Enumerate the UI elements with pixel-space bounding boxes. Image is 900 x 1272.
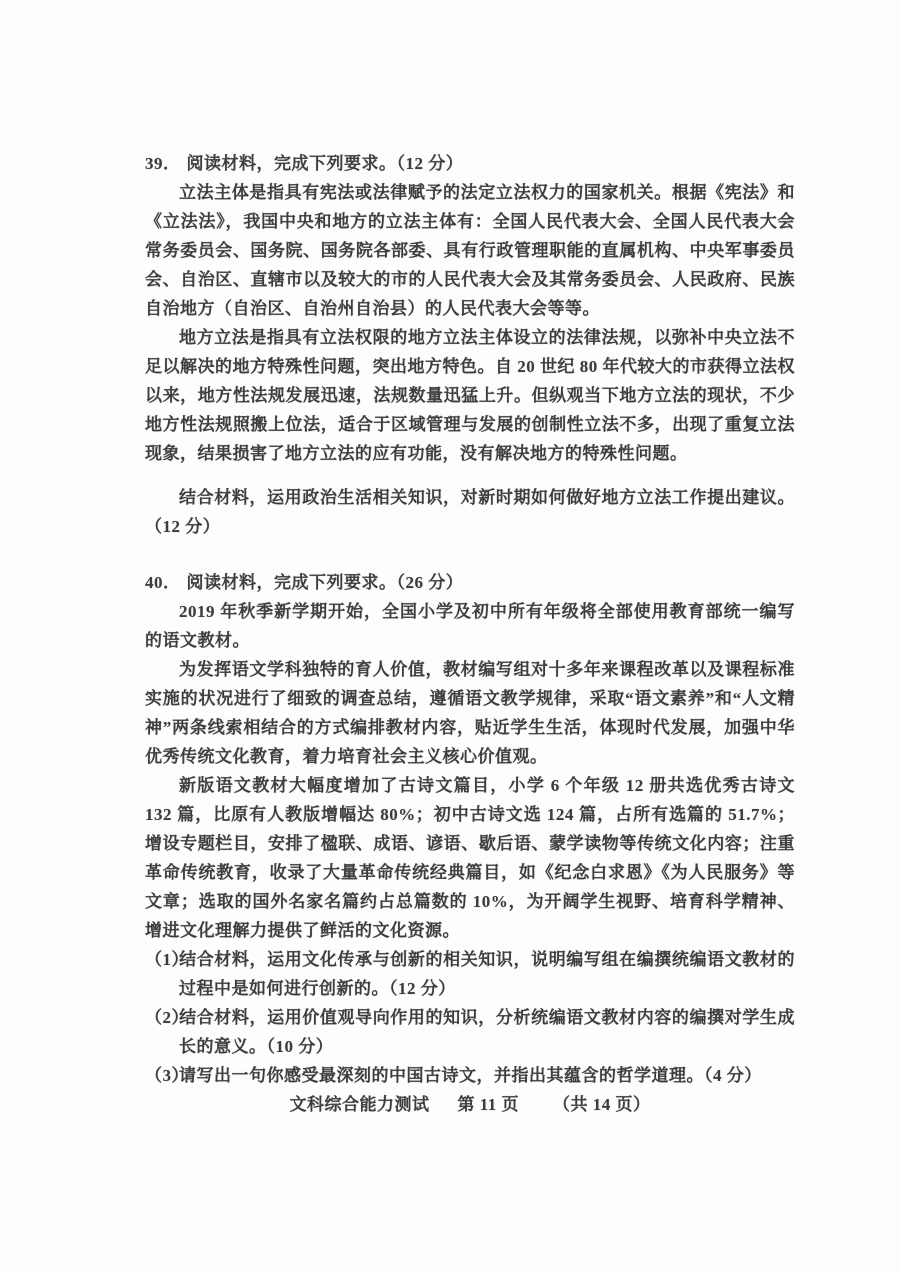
question-39-number: 39． [145,149,181,178]
exam-paper-page: 39．阅读材料，完成下列要求。（12 分） 立法主体是指具有宪法或法律赋予的法定… [0,0,900,1272]
question-39-section: 39．阅读材料，完成下列要求。（12 分） 立法主体是指具有宪法或法律赋予的法定… [145,149,795,541]
subquestion-1-label: （1） [145,945,173,974]
question-39-title: 阅读材料，完成下列要求。（12 分） [187,154,464,173]
question-40-section: 40．阅读材料，完成下列要求。（26 分） 2019 年秋季新学期开始，全国小学… [145,568,795,1090]
question-40-material-paragraph-3: 新版语文教材大幅度增加了古诗文篇目，小学 6 个年级 12 册共选优秀古诗文 1… [145,771,795,945]
subquestion-1-text: 结合材料，运用文化传承与创新的相关知识，说明编写组在编撰统编语文教材的过程中是如… [179,950,795,998]
subquestion-item-2: （2）结合材料，运用价值观导向作用的知识，分析统编语文教材内容的编撰对学生成长的… [145,1003,795,1061]
page-content: 39．阅读材料，完成下列要求。（12 分） 立法主体是指具有宪法或法律赋予的法定… [145,149,795,1090]
footer-exam-title: 文科综合能力测试 [289,1090,429,1115]
subquestion-2-text: 结合材料，运用价值观导向作用的知识，分析统编语文教材内容的编撰对学生成长的意义。… [179,1008,795,1056]
subquestion-item-3: （3）请写出一句你感受最深刻的中国古诗文，并指出其蕴含的哲学道理。（4 分） [145,1061,795,1090]
question-40-number: 40． [145,568,181,597]
question-40-title: 阅读材料，完成下列要求。（26 分） [187,573,464,592]
question-40-subquestions: （1）结合材料，运用文化传承与创新的相关知识，说明编写组在编撰统编语文教材的过程… [145,945,795,1090]
subquestion-2-label: （2） [145,1003,173,1032]
page-footer: 文科综合能力测试第 11 页（共 14 页） [145,1090,795,1115]
footer-total-pages: （共 14 页） [553,1090,651,1115]
subquestion-item-1: （1）结合材料，运用文化传承与创新的相关知识，说明编写组在编撰统编语文教材的过程… [145,945,795,1003]
question-39-header: 39．阅读材料，完成下列要求。（12 分） [145,149,795,178]
subquestion-3-label: （3） [145,1061,173,1090]
footer-page-number: 第 11 页 [457,1090,519,1115]
question-40-material-paragraph-1: 2019 年秋季新学期开始，全国小学及初中所有年级将全部使用教育部统一编写的语文… [145,597,795,655]
subquestion-3-text: 请写出一句你感受最深刻的中国古诗文，并指出其蕴含的哲学道理。（4 分） [179,1066,762,1085]
question-40-header: 40．阅读材料，完成下列要求。（26 分） [145,568,795,597]
question-39-material-paragraph-1: 立法主体是指具有宪法或法律赋予的法定立法权力的国家机关。根据《宪法》和《立法法》… [145,178,795,323]
question-39-material-paragraph-2: 地方立法是指具有立法权限的地方立法主体设立的法律法规，以弥补中央立法不足以解决的… [145,323,795,468]
question-40-material-paragraph-2: 为发挥语文学科独特的育人价值，教材编写组对十多年来课程改革以及课程标准实施的状况… [145,655,795,771]
question-39-task: 结合材料，运用政治生活相关知识，对新时期如何做好地方立法工作提出建议。（12 分… [145,483,795,541]
